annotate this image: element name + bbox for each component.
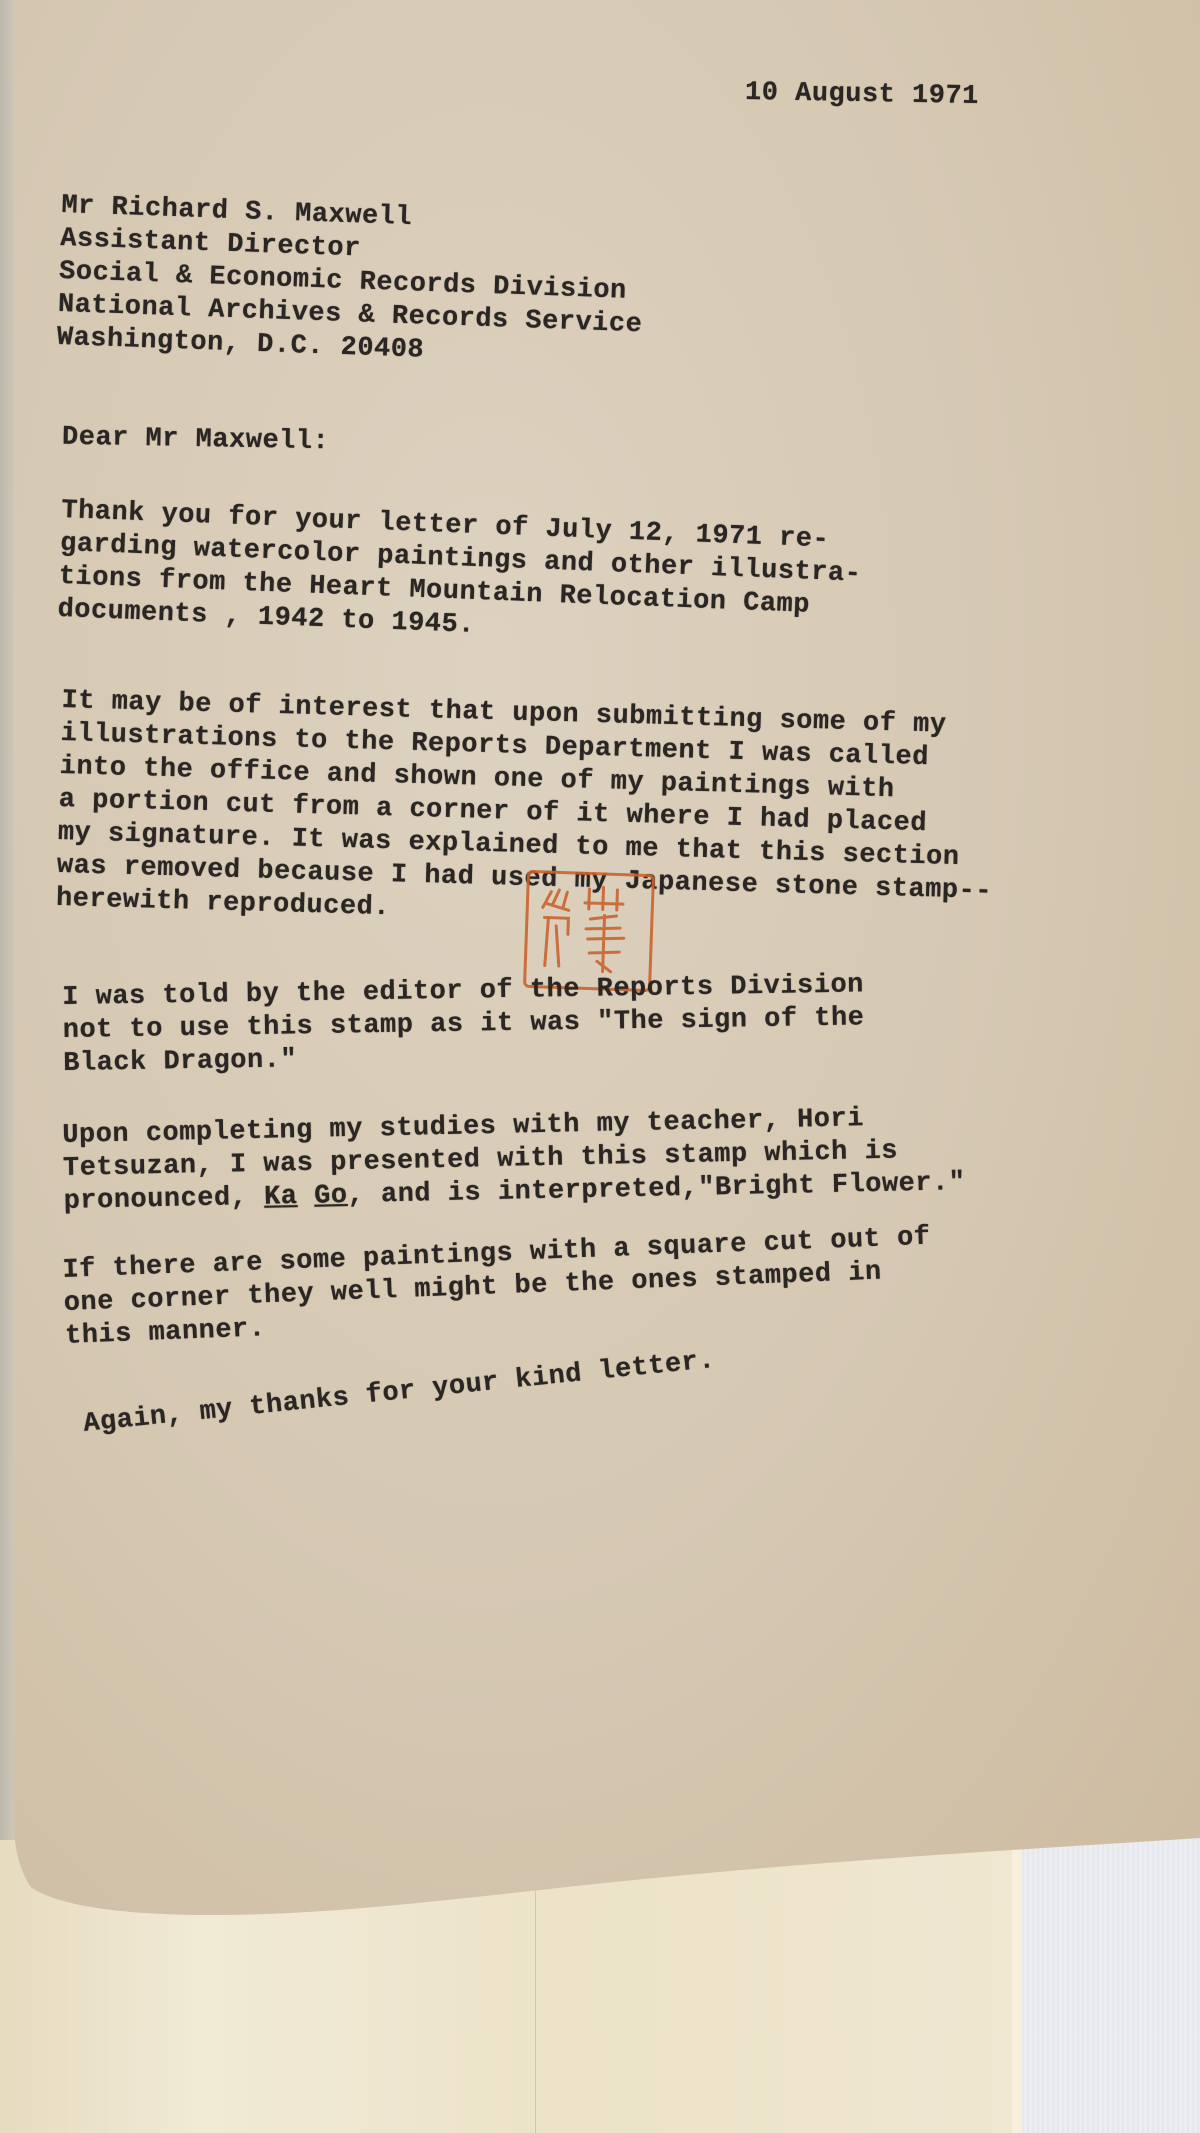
folder-crease bbox=[535, 1880, 536, 2133]
paragraph-editor: I was told by the editor of the Reports … bbox=[62, 969, 865, 1081]
paragraph-teacher: Upon completing my studies with my teach… bbox=[62, 1101, 966, 1219]
folder-edge bbox=[1012, 1840, 1022, 2133]
recipient-address: Mr Richard S. MaxwellAssistant DirectorS… bbox=[56, 190, 646, 375]
text-fragment: pronounced, bbox=[63, 1183, 264, 1217]
text-fragment bbox=[297, 1182, 314, 1212]
letter-date: 10 August 1971 bbox=[745, 78, 979, 112]
background-right-surface bbox=[1018, 1835, 1200, 2133]
underlined-ka: Ka bbox=[264, 1182, 298, 1213]
underlined-go: Go bbox=[314, 1181, 348, 1212]
salutation: Dear Mr Maxwell: bbox=[62, 423, 330, 458]
seal-glyph-icon bbox=[526, 873, 652, 989]
